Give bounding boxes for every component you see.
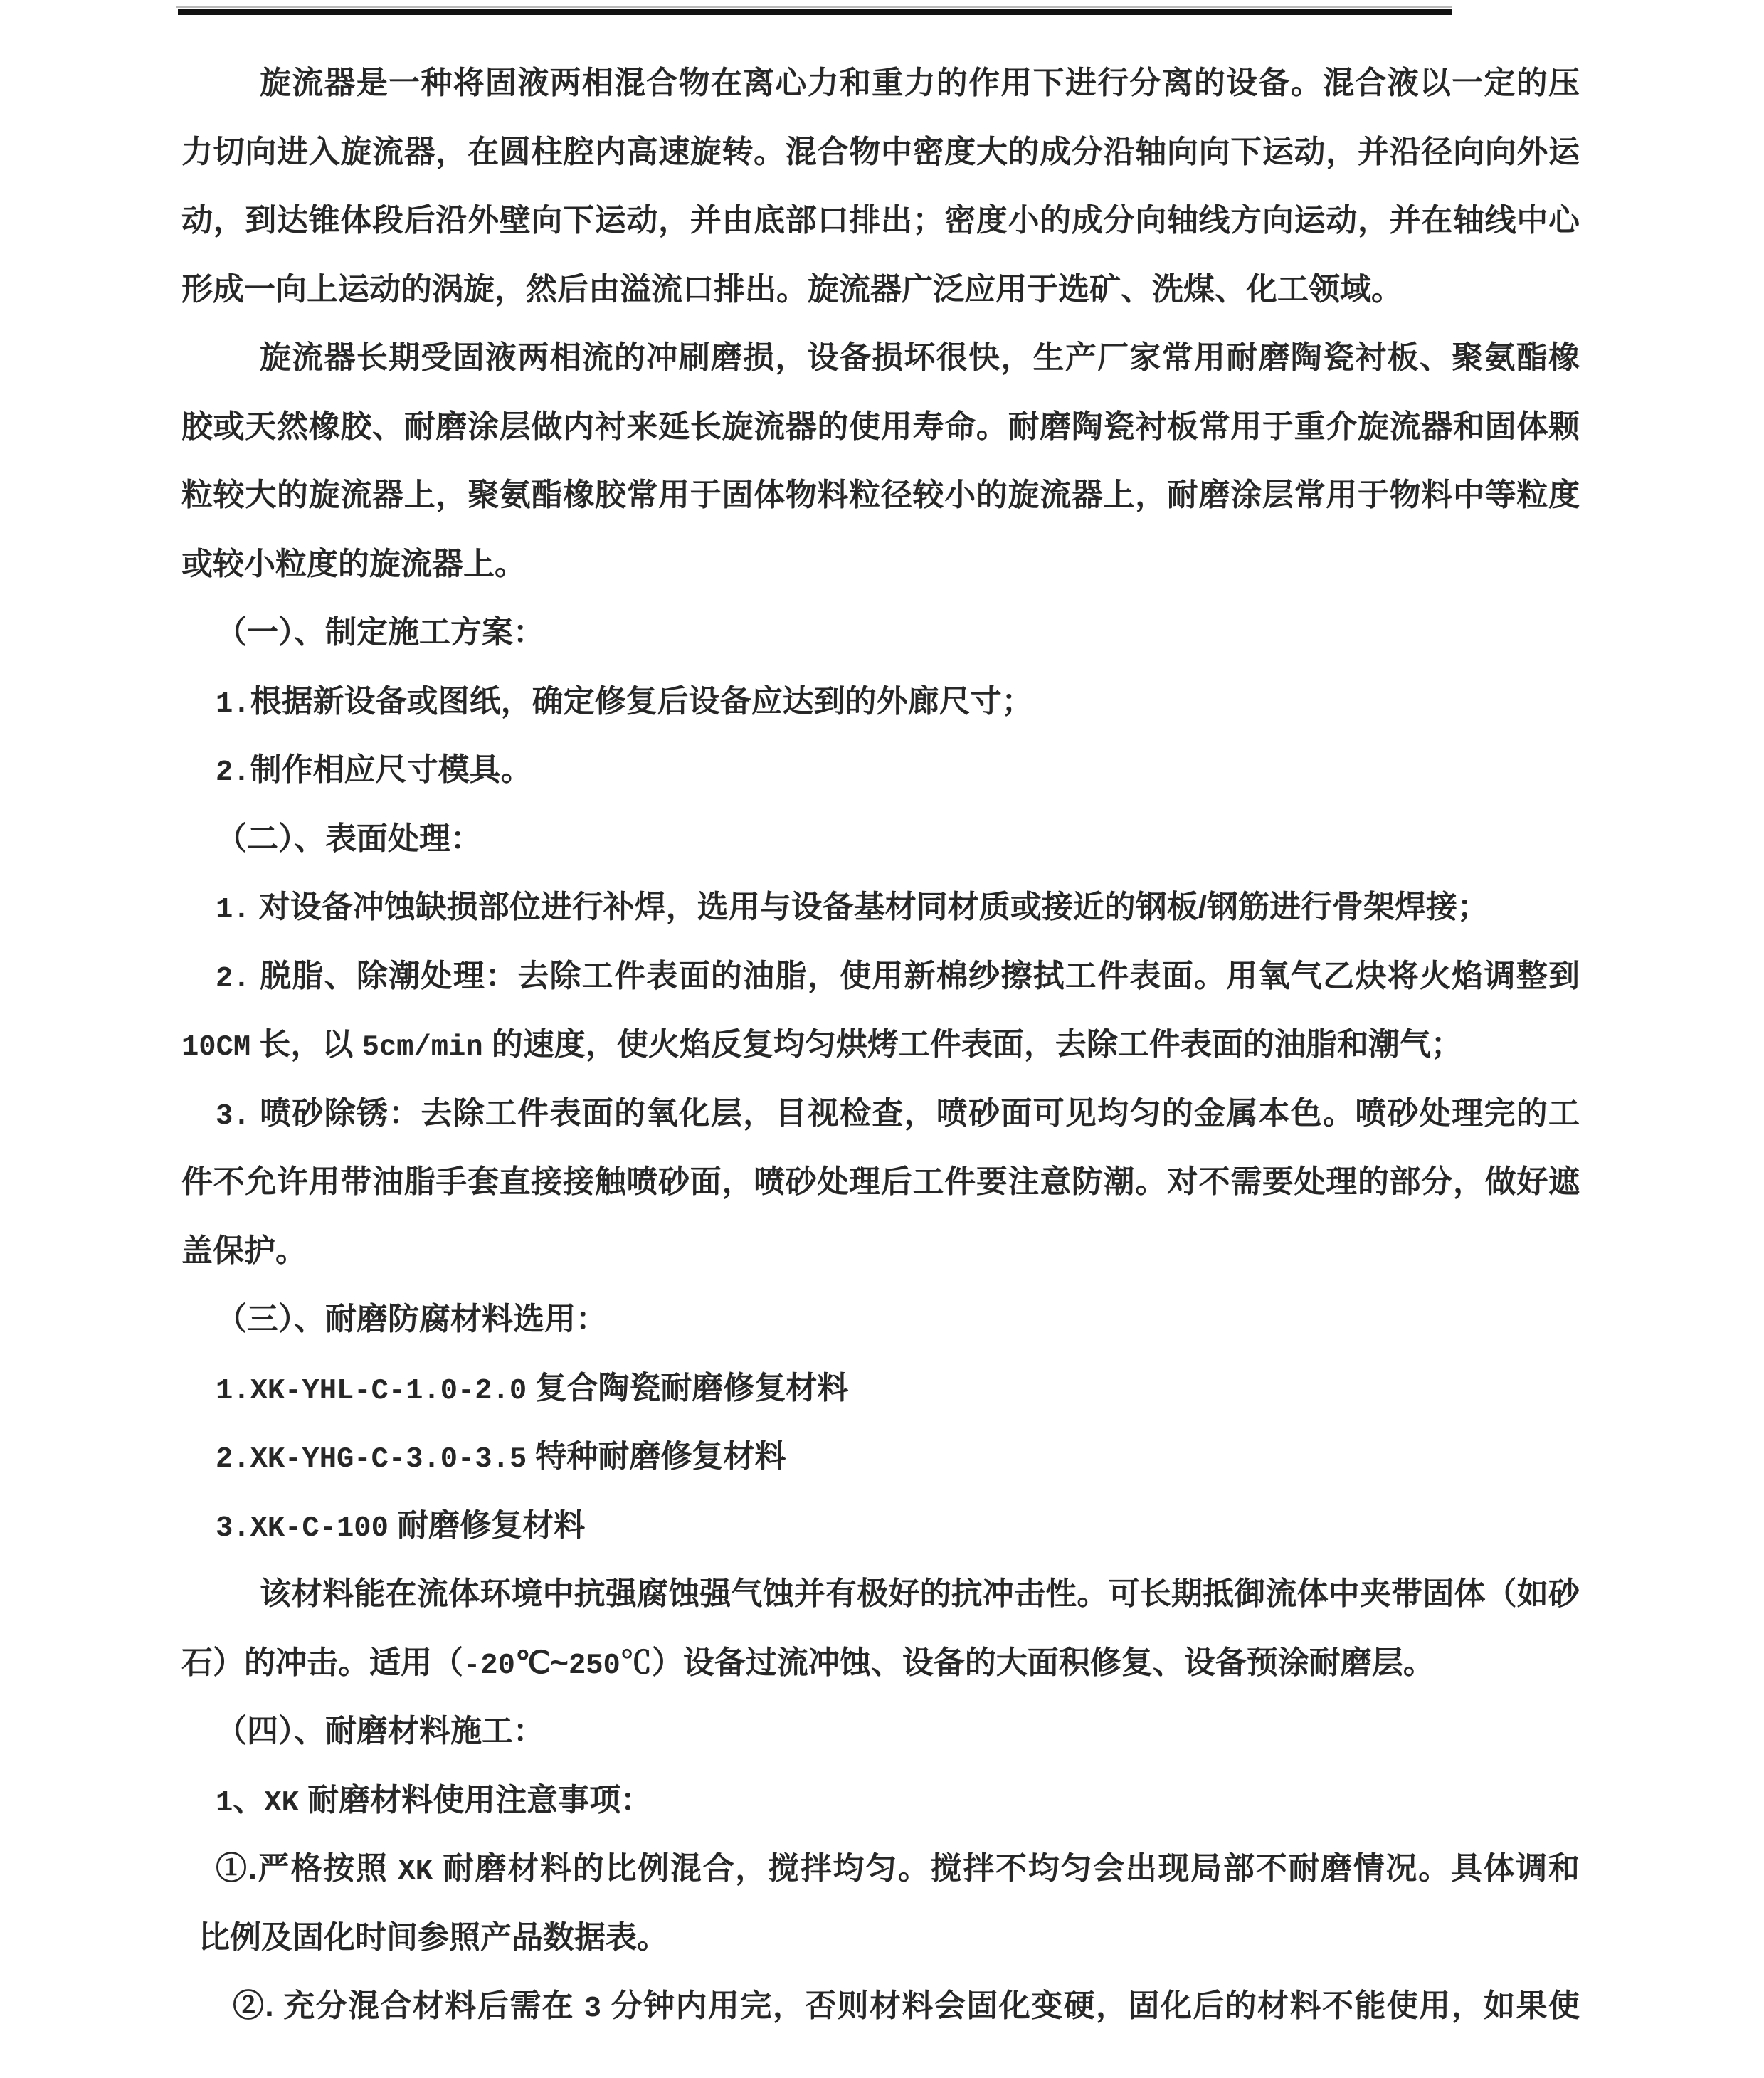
latin-text: 1. [216,894,250,927]
latin-text: XK [398,1855,433,1888]
text-line: 力切向进入旋流器，在圆柱腔内高速旋转。混合物中密度大的成分沿轴向向下运动，并沿径… [181,118,1580,187]
latin-text: 3.XK-C-100 [216,1512,389,1545]
latin-text: 2.XK-YHG-C-3.0-3.5 [216,1443,527,1476]
text-line: 3.XK-C-100 耐磨修复材料 [181,1492,1580,1561]
text-line: 盖保护。 [181,1217,1580,1286]
text-line: 该材料能在流体环境中抗强腐蚀强气蚀并有极好的抗冲击性。可长期抵御流体中夹带固体（… [181,1560,1580,1629]
text-line: 件不允许用带油脂手套直接接触喷砂面，喷砂处理后工件要注意防潮。对不需要处理的部分… [181,1148,1580,1217]
text-line: 或较小粒度的旋流器上。 [181,530,1580,599]
latin-text: 1 [216,1787,233,1820]
text-line: （二）、表面处理： [181,805,1580,874]
latin-text: 250 [569,1650,620,1682]
text-line: 1.XK-YHL-C-1.0-2.0 复合陶瓷耐磨修复材料 [181,1354,1580,1423]
text-line: 2.制作相应尺寸模具。 [181,736,1580,805]
latin-text: XK [264,1787,299,1820]
text-line: 10CM 长，以 5cm/min 的速度，使火焰反复均匀烘烤工件表面，去除工件表… [181,1011,1580,1080]
text-line: ①.严格按照 XK 耐磨材料的比例混合，搅拌均匀。搅拌不均匀会出现局部不耐磨情况… [181,1835,1580,1904]
page: 旋流器是一种将固液两相混合物在离心力和重力的作用下进行分离的设备。混合液以一定的… [0,0,1764,2078]
latin-text: 3 [584,1993,601,2025]
document-body: 旋流器是一种将固液两相混合物在离心力和重力的作用下进行分离的设备。混合液以一定的… [181,49,1580,2041]
header-rule [178,9,1452,15]
text-line: 1、XK 耐磨材料使用注意事项： [181,1766,1580,1835]
latin-text: 2. [216,756,250,789]
latin-text: 10CM [181,1031,250,1064]
header-rule-thin [176,6,1452,8]
latin-text: 5cm/min [362,1031,483,1064]
text-line: 形成一向上运动的涡旋，然后由溢流口排出。旋流器广泛应用于选矿、洗煤、化工领域。 [181,255,1580,325]
text-line: 1.根据新设备或图纸，确定修复后设备应达到的外廊尺寸； [181,668,1580,737]
text-line: 旋流器长期受固液两相流的冲刷磨损，设备损坏很快，生产厂家常用耐磨陶瓷衬板、聚氨酯… [181,324,1580,393]
text-line: 旋流器是一种将固液两相混合物在离心力和重力的作用下进行分离的设备。混合液以一定的… [181,49,1580,118]
text-line: 石）的冲击。适用（-20℃~250℃）设备过流冲蚀、设备的大面积修复、设备预涂耐… [181,1629,1580,1698]
text-line: （四）、耐磨材料施工： [181,1697,1580,1766]
latin-text: 1.XK-YHL-C-1.0-2.0 [216,1375,527,1408]
text-line: 2. 脱脂、除潮处理：去除工件表面的油脂，使用新棉纱擦拭工件表面。用氧气乙炔将火… [181,942,1580,1011]
text-line: （一）、制定施工方案： [181,598,1580,668]
text-line: 动，到达锥体段后沿外壁向下运动，并由底部口排出；密度小的成分向轴线方向运动，并在… [181,186,1580,255]
latin-text: 2. [216,963,250,996]
latin-text: 3. [216,1100,250,1133]
text-line: 3. 喷砂除锈：去除工件表面的氧化层，目视检查，喷砂面可见均匀的金属本色。喷砂处… [181,1080,1580,1149]
text-line: （三）、耐磨防腐材料选用： [181,1285,1580,1354]
latin-text: 1. [216,688,250,721]
text-line: 粒较大的旋流器上，聚氨酯橡胶常用于固体物料粒径较小的旋流器上，耐磨涂层常用于物料… [181,461,1580,530]
text-line: 比例及固化时间参照产品数据表。 [181,1904,1580,1973]
text-line: 2.XK-YHG-C-3.0-3.5 特种耐磨修复材料 [181,1423,1580,1492]
text-line: ②. 充分混合材料后需在 3 分钟内用完，否则材料会固化变硬，固化后的材料不能使… [181,1972,1580,2041]
latin-text: -20 [463,1650,515,1682]
text-line: 1. 对设备冲蚀缺损部位进行补焊，选用与设备基材同材质或接近的钢板/钢筋进行骨架… [181,873,1580,942]
text-line: 胶或天然橡胶、耐磨涂层做内衬来延长旋流器的使用寿命。耐磨陶瓷衬板常用于重介旋流器… [181,393,1580,462]
